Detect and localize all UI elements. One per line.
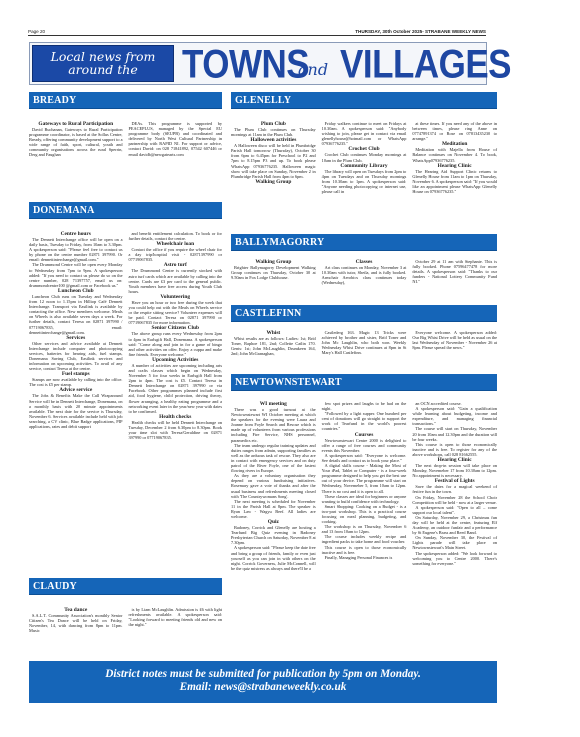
- section-title: DONEMANA: [29, 202, 222, 219]
- article-heading: Walking Group: [231, 179, 316, 185]
- section-title: CASTLEFINN: [231, 305, 497, 322]
- column: at these times. If you need any of the a…: [412, 121, 497, 194]
- column: Plum ClubThe Plum Club continues on Thur…: [231, 121, 316, 194]
- masthead-intro: Local news from around the: [32, 45, 174, 82]
- section-bready: BREADY Gateways to Rural ParticipationDa…: [29, 92, 222, 158]
- article-body: Centre hoursThe Dennett Interchange offi…: [29, 219, 222, 440]
- article-paragraph: S.A.L.T. Community Association's monthly…: [29, 613, 123, 633]
- column: Gateways to Rural ParticipationDavid Buc…: [29, 121, 123, 158]
- column: an OCN accredited course.A spokesperson …: [412, 401, 497, 571]
- article-paragraph: On Friday, November 28 the School Choir …: [412, 495, 497, 505]
- column: October 29 at 11 am with Stephanie. This…: [412, 259, 497, 285]
- article-paragraph: These classes are ideal for beginners or…: [322, 494, 407, 504]
- masthead-villages: VILLAGES: [340, 44, 511, 85]
- article-paragraph: The workshop is on Thursday, November 6 …: [322, 524, 407, 534]
- section-castlefinn: CASTLEFINN WhistWhist results are as fol…: [231, 305, 497, 356]
- article-paragraph: The next drop-in session will take place…: [412, 463, 497, 478]
- column: is by Liam McLaughlin. Admission is £6 w…: [129, 607, 223, 633]
- article-paragraph: There was a good turnout at the Newtowns…: [231, 407, 316, 443]
- article-paragraph: The Jobs & Benefits Make the Call Wrapar…: [29, 393, 123, 429]
- column: few spot prizes and laughs to be had on …: [322, 401, 407, 571]
- article-paragraph: The team undergo regular training update…: [231, 443, 316, 474]
- article-body: WhistWhist results are as follows: Ladie…: [231, 322, 497, 356]
- article-paragraph: Have you an hour or two free during the …: [129, 300, 223, 325]
- article-paragraph: Other services and advice available at D…: [29, 341, 123, 372]
- article-paragraph: Save the dates for a magical weekend of …: [412, 484, 497, 494]
- page-header: Page 20 THURSDAY, 30th October 2025- STR…: [28, 28, 486, 36]
- section-title: BALLYMAGORRY: [231, 234, 497, 251]
- article-body: WI meetingThere was a good turnout at th…: [231, 391, 497, 571]
- article-paragraph: The above group runs every Wednesday fro…: [129, 331, 223, 356]
- section-glenelly: GLENELLY Plum ClubThe Plum Club continue…: [231, 92, 497, 194]
- article-paragraph: As they are a voluntary organisation the…: [231, 473, 316, 498]
- column: ClassesArt class continues on Monday, No…: [322, 259, 407, 285]
- article-paragraph: The Dennett Interchange office will be o…: [29, 237, 123, 262]
- article-paragraph: A spokesperson said: "Open to all – come…: [412, 505, 497, 515]
- notice-email[interactable]: Email: news@strabaneweekly.co.uk: [29, 681, 497, 694]
- masthead-towns: TOWNS: [182, 44, 309, 85]
- column: Everyone welcome. A spokesperson added: …: [412, 330, 497, 356]
- masthead: Local news from around the TOWNS and VIL…: [29, 42, 487, 85]
- article-paragraph: Friday walkers continue to meet on Frida…: [322, 121, 407, 146]
- section-donemana: DONEMANA Centre hoursThe Dennett Interch…: [29, 202, 222, 440]
- article-paragraph: Newtownstewart Centre 2000 is delighted …: [322, 438, 407, 453]
- article-paragraph: The Drummond Centre is currently stocked…: [129, 268, 223, 293]
- section-newtownstewart: NEWTOWNSTEWART WI meetingThere was a goo…: [231, 374, 497, 571]
- article-paragraph: The next meeting is scheduled for Novemb…: [231, 499, 316, 519]
- article-paragraph: A spokesperson said: "Gain a qualificati…: [412, 406, 497, 426]
- section-title: GLENELLY: [231, 92, 497, 109]
- column: Centre hoursThe Dennett Interchange offi…: [29, 231, 123, 440]
- section-ballymagorry: BALLYMAGORRY Walking GroupBrighter Bally…: [231, 234, 497, 285]
- article-paragraph: A spokesperson said: "Everyone is welcom…: [322, 453, 407, 463]
- section-title: BREADY: [29, 92, 222, 109]
- section-title: CLAUDY: [29, 578, 222, 595]
- article-paragraph: Luncheon Club runs on Tuesday and Wednes…: [29, 294, 123, 335]
- article-paragraph: A spokesperson said: "Please keep the da…: [231, 545, 316, 570]
- column: WhistWhist results are as follows: Ladie…: [231, 330, 316, 356]
- column: and benefit entitlement calculation. To …: [129, 231, 223, 440]
- notice-deadline: District notes must be submitted for pub…: [29, 668, 497, 681]
- article-paragraph: October 29 at 11 am with Stephanie. This…: [412, 259, 497, 284]
- article-paragraph: Smart Shopping: Cooking on a Budget - is…: [322, 504, 407, 524]
- article-paragraph: is by Liam McLaughlin. Admission is £6 w…: [129, 607, 223, 627]
- column: Friday walkers continue to meet on Frida…: [322, 121, 407, 194]
- section-title: NEWTOWNSTEWART: [231, 374, 497, 391]
- article-paragraph: Whist results are as follows: Ladies: 1s…: [231, 336, 316, 356]
- article-paragraph: A digital skills course - Making the Mos…: [322, 463, 407, 494]
- article-paragraph: and benefit entitlement calculation. To …: [129, 231, 223, 241]
- column: Walking GroupBrighter Ballymagorry Devel…: [231, 259, 316, 285]
- article-body: Plum ClubThe Plum Club continues on Thur…: [231, 109, 497, 194]
- article-paragraph: This course is open to those economicall…: [322, 545, 407, 555]
- submission-notice: District notes must be submitted for pub…: [29, 661, 497, 703]
- article-paragraph: Everyone welcome. A spokesperson added: …: [412, 330, 497, 350]
- article-paragraph: Meditation with Majella from House of Ba…: [412, 147, 497, 162]
- article-body: Gateways to Rural ParticipationDavid Buc…: [29, 109, 222, 158]
- section-claudy: CLAUDY Tea danceS.A.L.T. Community Assoc…: [29, 578, 222, 633]
- masthead-and: and: [298, 60, 328, 79]
- article-paragraph: The Hearing Aid Support Clinic returns t…: [412, 169, 497, 194]
- article-paragraph: The course includes weekly recipe and in…: [322, 534, 407, 544]
- dateline: THURSDAY, 30th October 2025- STRABANE WE…: [355, 29, 486, 34]
- article-paragraph: This course is open to those economicall…: [412, 442, 497, 457]
- article-paragraph: On Sunday, November 30, the Festival of …: [412, 535, 497, 550]
- article-paragraph: few spot prizes and laughs to be had on …: [322, 401, 407, 411]
- article-paragraph: Stamps are now available by calling into…: [29, 377, 123, 387]
- article-paragraph: The course will start on Thursday, Novem…: [412, 426, 497, 441]
- column: WI meetingThere was a good turnout at th…: [231, 401, 316, 571]
- article-paragraph: The library will open on Tuesdays from 2…: [322, 169, 407, 194]
- article-paragraph: Health checks will be held Dennett Inter…: [129, 420, 223, 440]
- article-paragraph: DEAs. This programme is supported by PEA…: [129, 121, 223, 157]
- article-paragraph: David Buchanan, Gateways to Rural Partic…: [29, 127, 123, 158]
- page-number: Page 20: [28, 29, 45, 34]
- article-paragraph: Badoney, Corrick and Glenelly are hostin…: [231, 525, 316, 545]
- column: DEAs. This programme is supported by PEA…: [129, 121, 223, 158]
- article-paragraph: On Saturday, November 29, a Christmas fu…: [412, 515, 497, 535]
- article-paragraph: The Drummond Centre will be open every M…: [29, 262, 123, 287]
- article-paragraph: Contact the office if you require the wh…: [129, 247, 223, 262]
- article-paragraph: The spokesperson added: "We look forward…: [412, 551, 497, 566]
- article-paragraph: Art class continues on Monday, November …: [322, 265, 407, 285]
- column: Tea danceS.A.L.T. Community Association'…: [29, 607, 123, 633]
- article-paragraph: "Followed by a light supper. One hundred…: [322, 411, 407, 431]
- article-paragraph: The Plum Club continues on Thursday morn…: [231, 127, 316, 137]
- article-body: Tea danceS.A.L.T. Community Association'…: [29, 595, 222, 633]
- article-paragraph: Crochet Club continues Monday mornings a…: [322, 152, 407, 162]
- article-paragraph: A number of activities are upcoming incl…: [129, 363, 223, 414]
- article-paragraph: Finally, Managing Personal Finances is: [322, 555, 407, 560]
- column: Castlederg 163. Magic 13 Tricks were ach…: [322, 330, 407, 356]
- article-paragraph: Castlederg 163. Magic 13 Tricks were ach…: [322, 330, 407, 355]
- article-paragraph: at these times. If you need any of the a…: [412, 121, 497, 141]
- article-paragraph: Brighter Ballymagorry Development Walkin…: [231, 265, 316, 280]
- masthead-intro-line2: around the: [33, 63, 173, 76]
- article-body: Walking GroupBrighter Ballymagorry Devel…: [231, 251, 497, 285]
- article-paragraph: A Halloween disco will be held in Plumbr…: [231, 143, 316, 179]
